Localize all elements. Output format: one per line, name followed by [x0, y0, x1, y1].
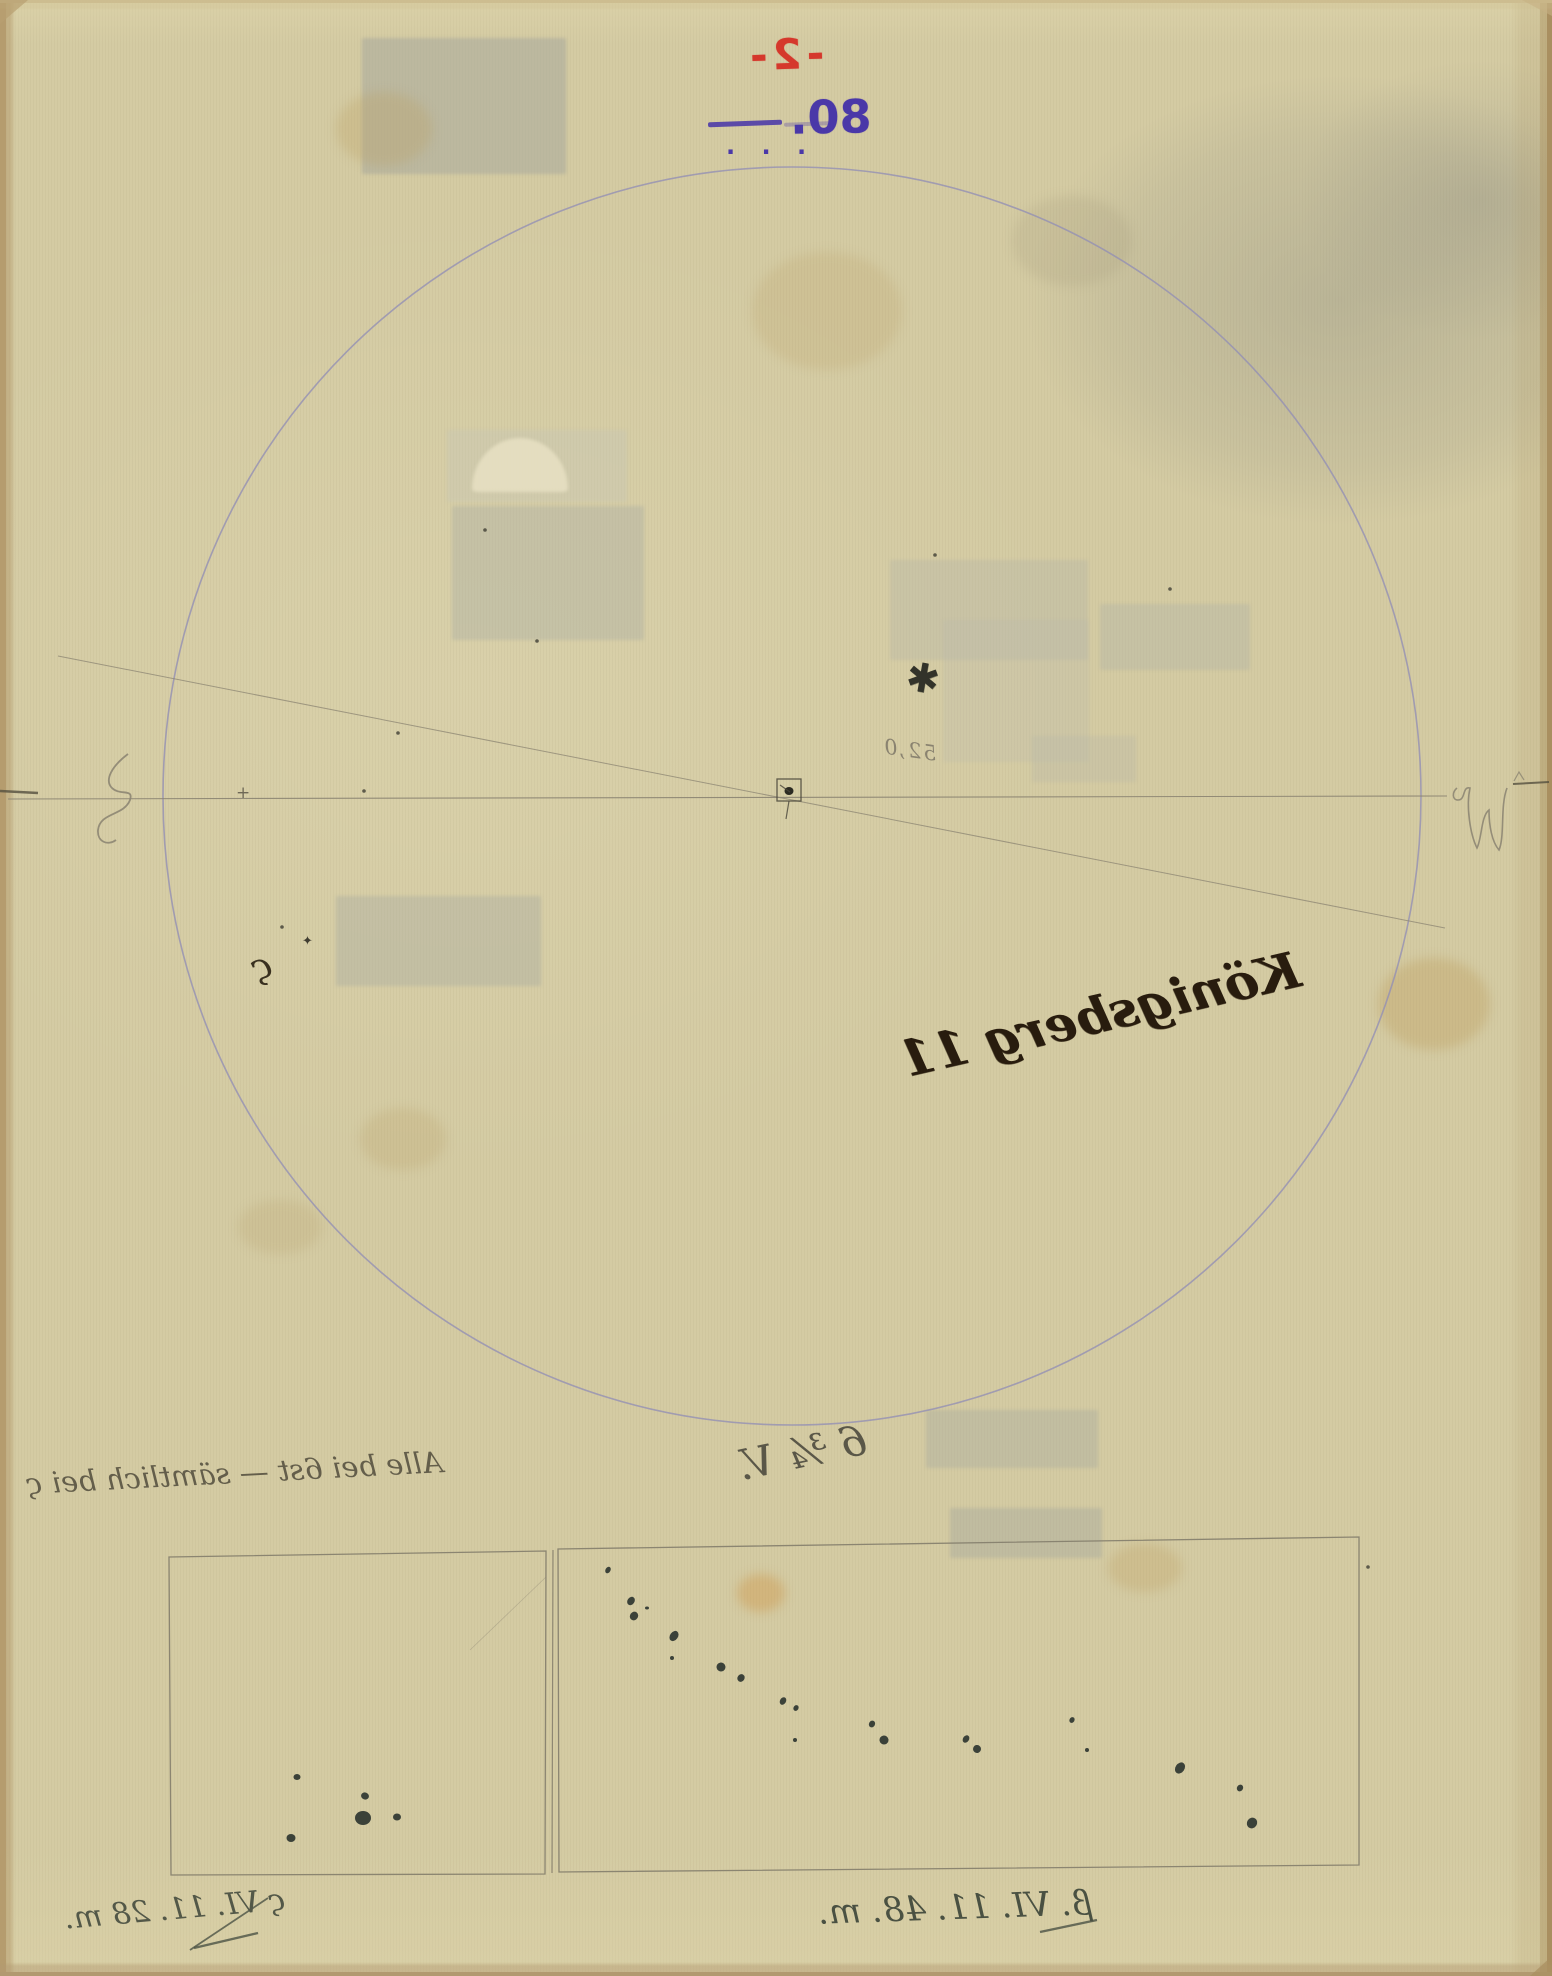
- stamp-dots: · · ·: [726, 138, 815, 166]
- page-number-red: -2-: [744, 29, 825, 81]
- annotations-layer: -2- 80. · · · Königsberg 11 ✱ 52,0 ς ✦ +…: [0, 0, 1552, 1976]
- date-annotation-left: ς VI. 11. 28 m.: [63, 1882, 287, 1936]
- date-annotation-right: β. VI. 11. 48. m.: [817, 1883, 1092, 1933]
- asterisk-mark: ✱: [902, 653, 943, 704]
- sigma-ink-mark: ς: [247, 944, 277, 989]
- time-annotation: 6 ¾ V.: [733, 1415, 871, 1490]
- pencil-annotation: Alle bei 6st — sämtlich bei ς: [25, 1445, 443, 1501]
- sparkle-ink-mark: ✦: [302, 934, 313, 949]
- paper-sheet: -2- 80. · · · Königsberg 11 ✱ 52,0 ς ✦ +…: [0, 0, 1552, 1976]
- stamp-dash: [708, 120, 782, 128]
- observatory-signature: Königsberg 11: [894, 940, 1306, 1090]
- cross-pencil-mark: +: [236, 783, 250, 803]
- measure-note: 52,0: [881, 734, 939, 765]
- stamp-number: 80.: [790, 89, 872, 144]
